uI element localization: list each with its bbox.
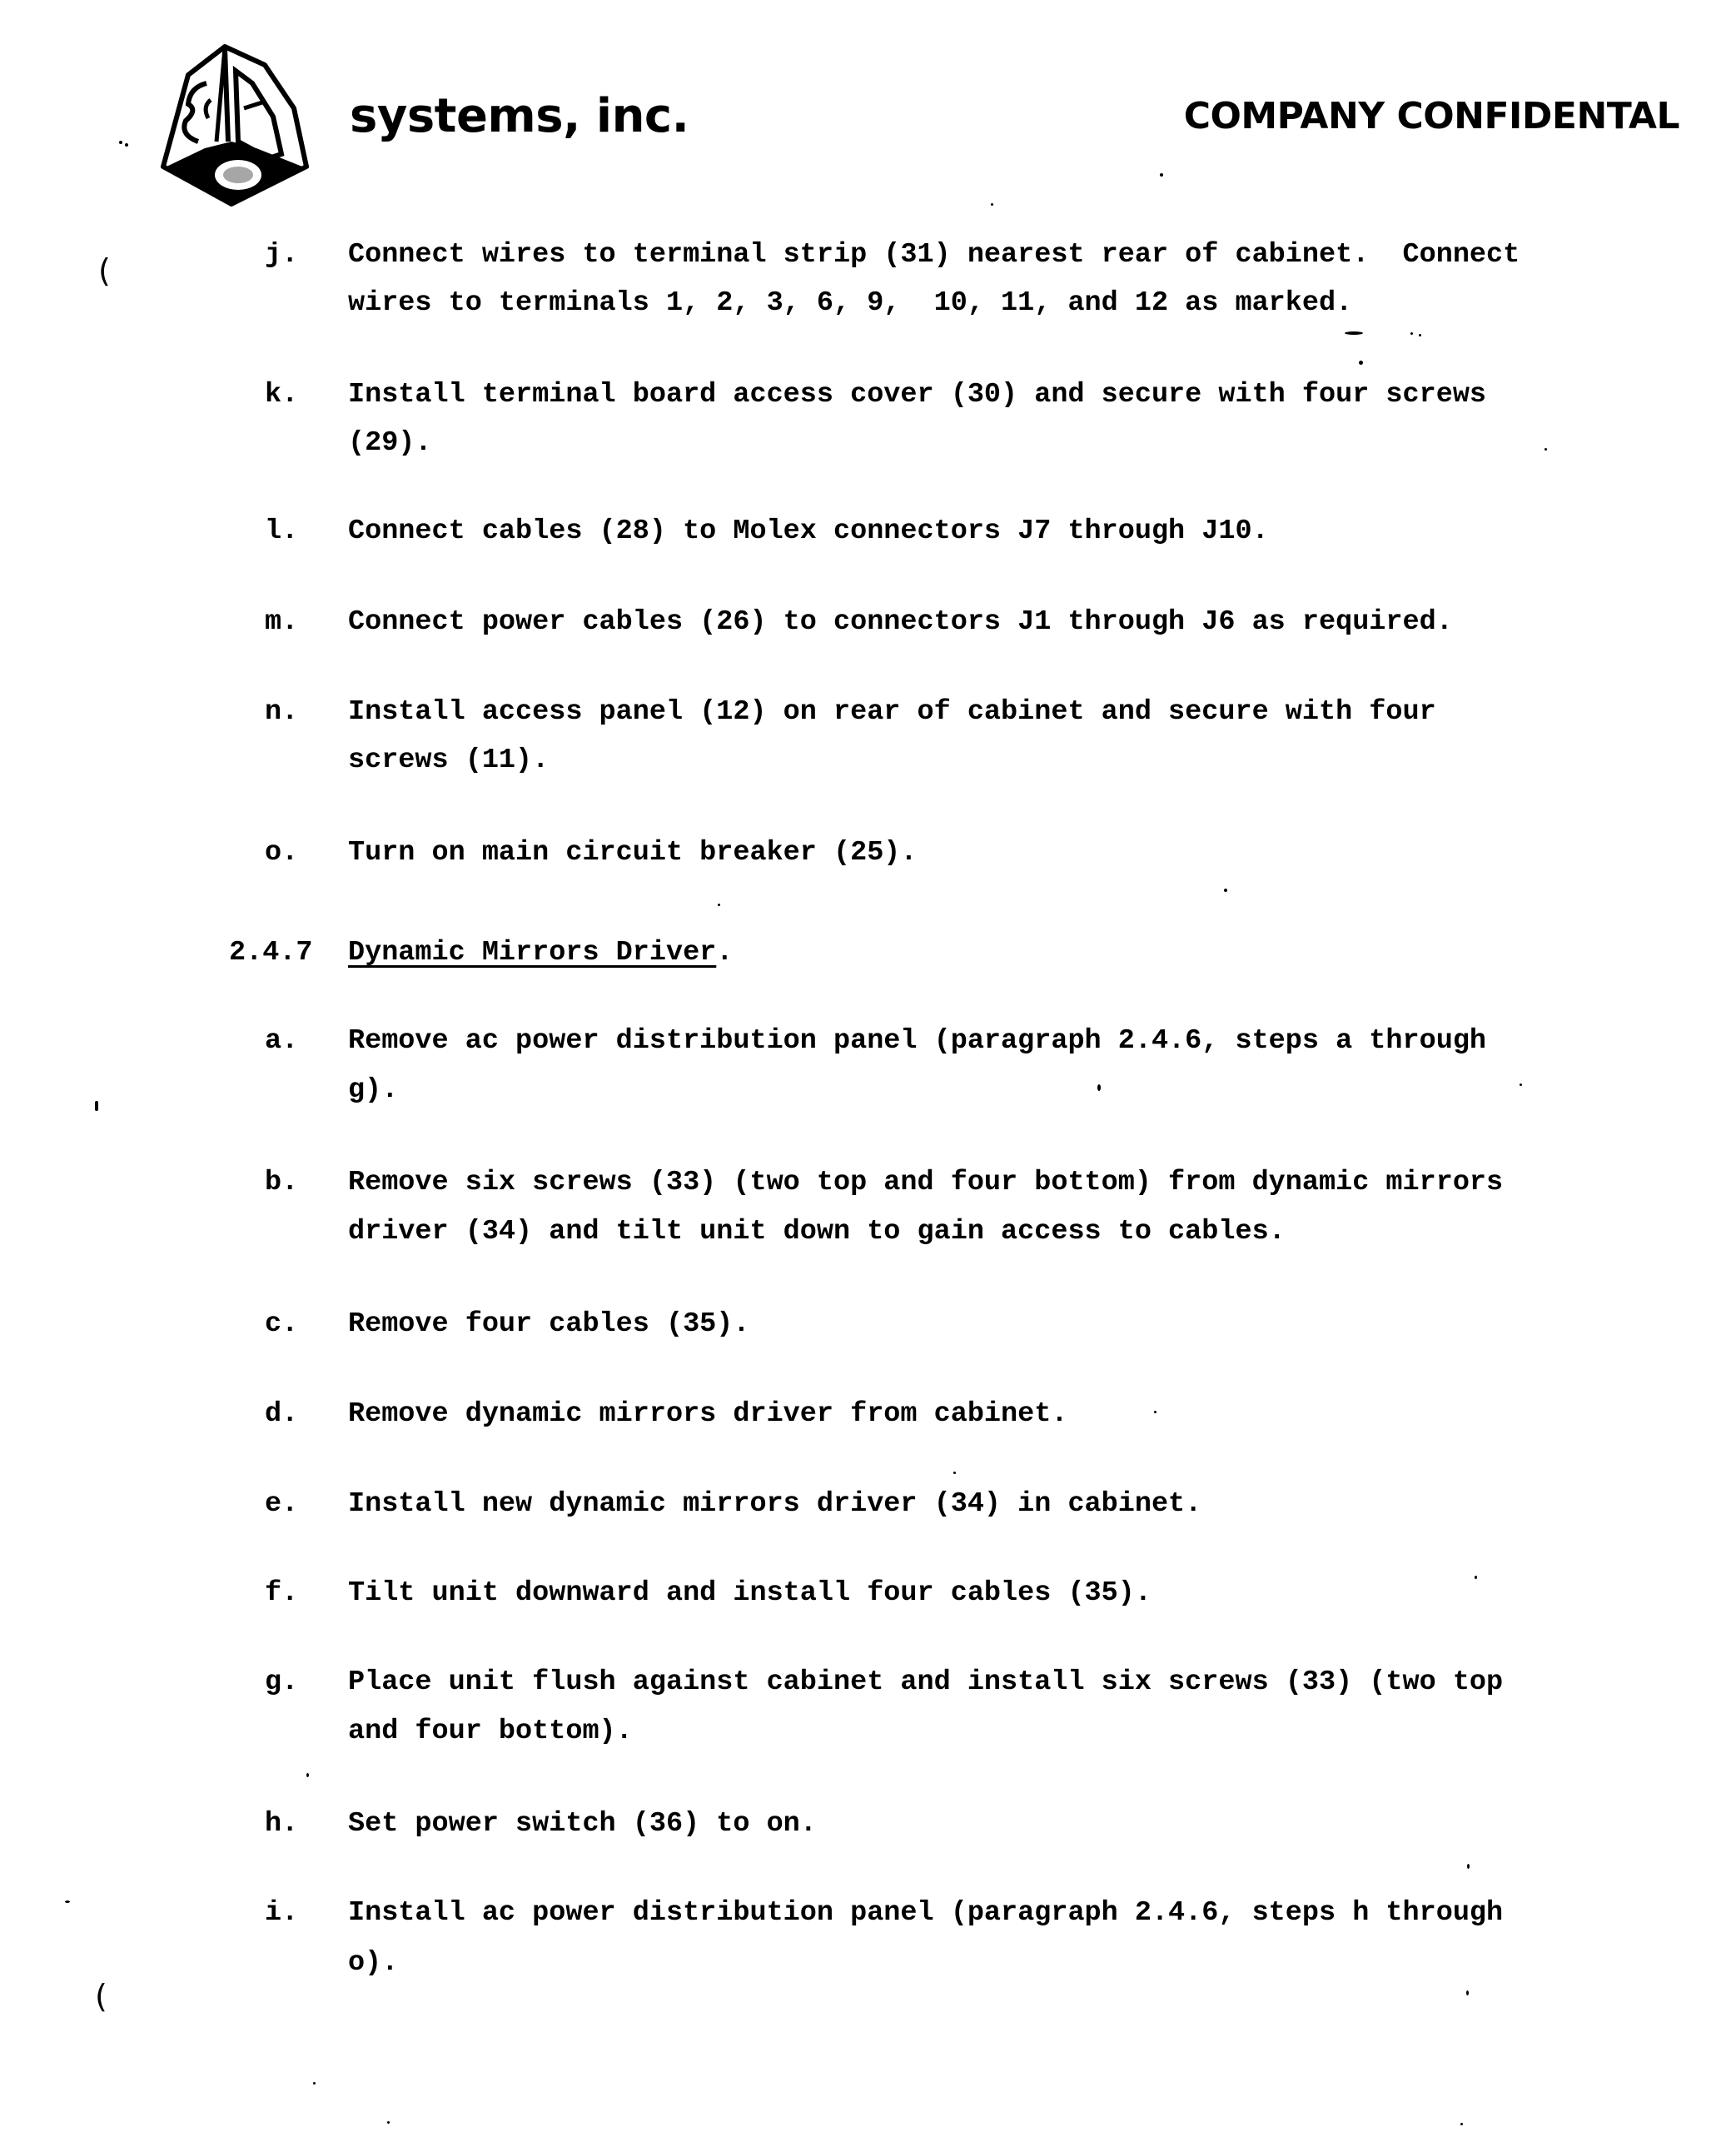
scan-speck — [95, 1101, 98, 1111]
step-text: Remove ac power distribution panel (para… — [348, 1024, 1486, 1058]
step-marker: b. — [265, 1166, 298, 1199]
step-text: Place unit flush against cabinet and ins… — [348, 1666, 1503, 1699]
scan-speck — [1466, 1990, 1469, 1995]
step-marker: k. — [265, 378, 298, 411]
step-marker: m. — [265, 605, 298, 639]
step-marker: j. — [265, 238, 298, 271]
section-title: Dynamic Mirrors Driver — [348, 937, 716, 969]
scan-speck — [1359, 361, 1363, 365]
scan-speck — [1224, 889, 1227, 892]
step-marker: l. — [265, 515, 298, 548]
scan-speck — [1520, 1083, 1522, 1086]
scan-speck — [1419, 334, 1421, 336]
step-text: driver (34) and tilt unit down to gain a… — [348, 1215, 1286, 1248]
step-marker: i. — [265, 1896, 298, 1930]
step-text: Install terminal board access cover (30)… — [348, 378, 1486, 411]
scan-speck — [1160, 173, 1163, 177]
step-text: Connect cables (28) to Molex connectors … — [348, 515, 1269, 548]
step-text: Remove six screws (33) (two top and four… — [348, 1166, 1503, 1199]
step-text: Tilt unit downward and install four cabl… — [348, 1577, 1152, 1610]
scan-speck — [1410, 332, 1413, 335]
step-text: wires to terminals 1, 2, 3, 6, 9, 10, 11… — [348, 286, 1352, 320]
step-marker: e. — [265, 1487, 298, 1521]
step-text: Turn on main circuit breaker (25). — [348, 836, 918, 869]
scan-speck — [65, 1900, 70, 1903]
section-title-period: . — [716, 937, 733, 969]
scan-speck — [1460, 2123, 1463, 2125]
confidentiality-label: COMPANY CONFIDENTAL — [1184, 98, 1679, 135]
scan-speck — [991, 203, 993, 206]
scan-speck — [1544, 448, 1547, 451]
step-marker: d. — [265, 1397, 298, 1431]
step-text: Connect power cables (26) to connectors … — [348, 605, 1453, 639]
company-name: systems, inc. — [350, 93, 689, 140]
step-marker: c. — [265, 1308, 298, 1341]
step-text: Install ac power distribution panel (par… — [348, 1896, 1503, 1930]
scan-speck — [119, 141, 122, 144]
scan-speck — [1467, 1864, 1470, 1869]
scan-speck — [953, 1472, 956, 1474]
step-text: Connect wires to terminal strip (31) nea… — [348, 238, 1520, 271]
section-number: 2.4.7 — [229, 936, 313, 969]
step-text: Remove four cables (35). — [348, 1308, 749, 1341]
step-marker: a. — [265, 1024, 298, 1058]
scan-speck — [1345, 331, 1363, 335]
step-text: Install new dynamic mirrors driver (34) … — [348, 1487, 1201, 1521]
step-marker: h. — [265, 1807, 298, 1841]
scan-speck — [313, 2082, 316, 2085]
scan-speck — [306, 1773, 309, 1777]
step-marker: f. — [265, 1577, 298, 1610]
step-text: and four bottom). — [348, 1715, 633, 1748]
step-text: g). — [348, 1073, 398, 1107]
step-text: Set power switch (36) to on. — [348, 1807, 817, 1841]
step-text: Install access panel (12) on rear of cab… — [348, 695, 1436, 729]
margin-paren-mark: ( — [98, 255, 111, 286]
step-marker: o. — [265, 836, 298, 869]
step-text: Remove dynamic mirrors driver from cabin… — [348, 1397, 1067, 1431]
scan-speck — [718, 904, 720, 906]
step-text: screws (11). — [348, 744, 549, 777]
scan-speck — [1097, 1084, 1101, 1091]
scan-speck — [1475, 1576, 1477, 1579]
scan-speck — [125, 143, 128, 147]
margin-paren-mark: ( — [95, 1980, 107, 2012]
scan-speck — [387, 2121, 390, 2124]
step-text: (29). — [348, 426, 432, 460]
step-text: o). — [348, 1946, 398, 1980]
company-logo-cube-icon — [157, 42, 340, 212]
step-marker: n. — [265, 695, 298, 729]
step-marker: g. — [265, 1666, 298, 1699]
section-title-wrap: Dynamic Mirrors Driver. — [348, 936, 733, 969]
scan-speck — [1154, 1411, 1157, 1413]
